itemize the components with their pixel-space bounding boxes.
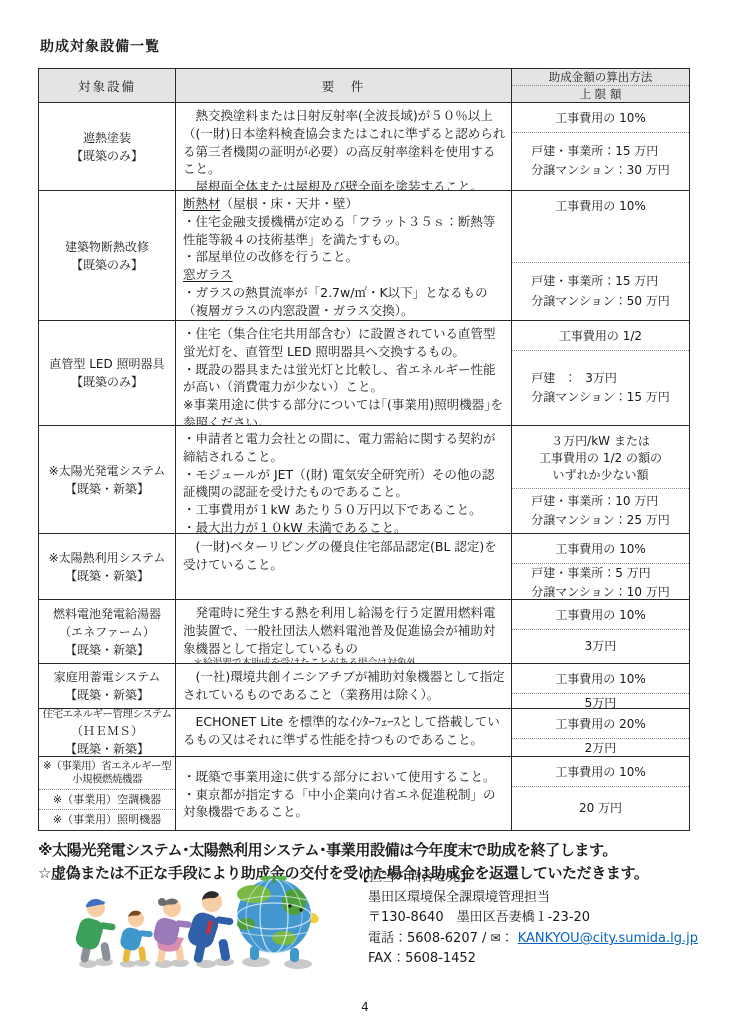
equipment-name: 建築物断熱改修【既築のみ】 <box>39 191 175 320</box>
contact-fax: FAX：5608-1452 <box>356 949 698 969</box>
requirements-text: ECHONET Lite を標準的なｲﾝﾀｰﾌｪｰｽとして搭載しているもの又はそ… <box>176 709 511 756</box>
requirements-text: (一社)環境共創イニシアチブが補助対象機器として指定されているものであること（業… <box>176 664 511 708</box>
table-row-home-battery: 家庭用蓄電システム【既築・新築】 (一社)環境共創イニシアチブが補助対象機器とし… <box>39 664 689 709</box>
note-subsidy-ending: ※太陽光発電システム･太陽熱利用システム･事業用設備は今年度末で助成を終了します… <box>38 839 710 862</box>
amount-cell: 工事費用の 10% 戸建・事業所：5 万円分譲マンション：10 万円 <box>512 534 689 599</box>
equipment-name: 直管型 LED 照明器具【既築のみ】 <box>39 321 175 425</box>
requirements-text: ・申請者と電力会社との間に、電力需給に関する契約が締結されること。 ・モジュール… <box>176 426 511 533</box>
col-header-requirements: 要 件 <box>176 69 512 102</box>
requirements-text: 断熱材（屋根・床・天井・壁） ・住宅金融支援機構が定める「フラット３５ｓ：断熱等… <box>176 191 511 320</box>
table-row-business-equipment: ※（事業用）省エネルギー型小規模燃焼機器 ※（事業用）空調機器 ※（事業用）照明… <box>39 757 689 830</box>
table-header-row: 対象設備 要 件 助成金額の算出方法 上 限 額 <box>39 69 689 103</box>
col-header-equipment: 対象設備 <box>39 69 176 102</box>
amount-cell: 工事費用の 10% 20 万円 <box>512 757 689 830</box>
amount-cell: 工事費用の 10% 戸建・事業所：15 万円分譲マンション：30 万円 <box>512 103 689 190</box>
table-row-hems: 住宅エネルギー管理システム （ＨＥＭＳ） 【既築・新築】 ECHONET Lit… <box>39 709 689 757</box>
requirements-text: (一財)ベターリビングの優良住宅部品認定(BL 認定)を受けていること。 <box>176 534 511 599</box>
amount-cell: 工事費用の 10% 戸建・事業所：15 万円分譲マンション：50 万円 <box>512 191 689 320</box>
contact-department: 墨田区環境保全課環境管理担当 <box>356 888 698 908</box>
contact-heading: 【担当・問合せ先】 <box>356 868 698 888</box>
requirements-text: 発電時に発生する熱を利用し給湯を行う定置用燃料電池装置で、一般社団法人燃料電池普… <box>176 600 511 663</box>
contact-phone: 電話：5608-6207 / <box>368 931 486 946</box>
contact-block: 【担当・問合せ先】 墨田区環境保全課環境管理担当 〒130-8640 墨田区吾妻… <box>356 868 698 969</box>
contact-email-link[interactable]: KANKYOU@city.sumida.lg.jp <box>518 931 698 946</box>
table-row-shaneto-paint: 遮熱塗装【既築のみ】 熱交換塗料または日射反射率(全波長域)が５０％以上（(一財… <box>39 103 689 191</box>
equipment-name: ※太陽光発電システム【既築・新築】 <box>39 426 175 533</box>
table-row-insulation: 建築物断熱改修【既築のみ】 断熱材（屋根・床・天井・壁） ・住宅金融支援機構が定… <box>39 191 689 321</box>
sub-note: ＊給湯器で本助成を受けたことがある場合は対象外 <box>183 657 506 663</box>
amount-cell: ３万円/kW または 工事費用の 1/2 の額の いずれか少ない額 戸建・事業所… <box>512 426 689 533</box>
equipment-item: ※（事業用）空調機器 <box>39 789 175 810</box>
equipment-name: 燃料電池発電給湯器 （エネファーム） 【既築・新築】 <box>39 600 175 663</box>
envelope-icon: ✉ <box>491 931 501 945</box>
amount-cell: 工事費用の 20% 2万円 <box>512 709 689 756</box>
requirements-text: ・住宅（集合住宅共用部含む）に設置されている直管型蛍光灯を、直管型 LED 照明… <box>176 321 511 425</box>
table-row-solar-pv: ※太陽光発電システム【既築・新築】 ・申請者と電力会社との間に、電力需給に関する… <box>39 426 689 534</box>
equipment-name: 遮熱塗装【既築のみ】 <box>39 103 175 190</box>
subsidy-table: 対象設備 要 件 助成金額の算出方法 上 限 額 遮熱塗装【既築のみ】 熱交換塗… <box>38 68 690 831</box>
equipment-name-list: ※（事業用）省エネルギー型小規模燃焼機器 ※（事業用）空調機器 ※（事業用）照明… <box>39 757 175 830</box>
table-row-solar-thermal: ※太陽熱利用システム【既築・新築】 (一財)ベターリビングの優良住宅部品認定(B… <box>39 534 689 600</box>
table-row-led-lighting: 直管型 LED 照明器具【既築のみ】 ・住宅（集合住宅共用部含む）に設置されてい… <box>39 321 689 426</box>
contact-address: 〒130-8640 墨田区吾妻橋１-23-20 <box>356 908 698 928</box>
amount-cell: 工事費用の 1/2 戸建 ： 3万円分譲マンション：15 万円 <box>512 321 689 425</box>
equipment-name: 家庭用蓄電システム【既築・新築】 <box>39 664 175 708</box>
equipment-name: ※太陽熱利用システム【既築・新築】 <box>39 534 175 599</box>
col-header-amount: 助成金額の算出方法 上 限 額 <box>512 69 689 102</box>
equipment-item: ※（事業用）照明機器 <box>39 809 175 830</box>
equipment-name: 住宅エネルギー管理システム （ＨＥＭＳ） 【既築・新築】 <box>39 709 175 756</box>
page-title: 助成対象設備一覧 <box>40 36 160 56</box>
requirements-text: ・既築で事業用途に供する部分において使用すること。 ・東京都が指定する「中小企業… <box>176 757 511 830</box>
col-header-limit: 上 限 額 <box>512 86 689 102</box>
page-number: 4 <box>0 1000 730 1014</box>
equipment-item: ※（事業用）省エネルギー型小規模燃焼機器 <box>39 757 175 789</box>
contact-phone-line: 電話：5608-6207 / ✉： KANKYOU@city.sumida.lg… <box>356 928 698 949</box>
people-pushing-globe-illustration <box>46 876 342 970</box>
amount-cell: 工事費用の 10% 5万円 <box>512 664 689 708</box>
requirements-text: 熱交換塗料または日射反射率(全波長域)が５０％以上（(一財)日本塗料検査協会また… <box>176 103 511 190</box>
col-header-calc-method: 助成金額の算出方法 <box>512 69 689 86</box>
amount-cell: 工事費用の 10% 3万円 <box>512 600 689 663</box>
table-row-enefarm: 燃料電池発電給湯器 （エネファーム） 【既築・新築】 発電時に発生する熱を利用し… <box>39 600 689 664</box>
document-page: 助成対象設備一覧 対象設備 要 件 助成金額の算出方法 上 限 額 遮熱塗装【既… <box>0 0 730 1033</box>
